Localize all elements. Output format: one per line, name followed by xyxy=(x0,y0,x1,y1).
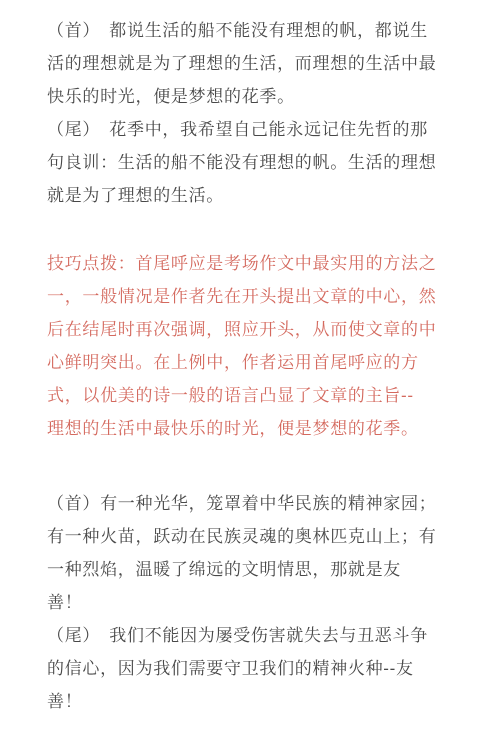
article-body: （首） 都说生活的船不能没有理想的帆，都说生 活的理想就是为了理想的生活，而理想… xyxy=(0,0,500,733)
paragraph-example1-head: （首） 都说生活的船不能没有理想的帆，都说生 活的理想就是为了理想的生活，而理想… xyxy=(47,14,456,113)
paragraph-example2-head: （首）有一种光华，笼罩着中华民族的精神家园； 有一种火苗，跃动在民族灵魂的奥林匹… xyxy=(47,487,456,619)
paragraph-example2-tail: （尾） 我们不能因为屡受伤害就失去与丑恶斗争 的信心，因为我们需要守卫我们的精神… xyxy=(47,619,456,718)
paragraph-example1-tail: （尾） 花季中，我希望自己能永远记住先哲的那 句良训：生活的船不能没有理想的帆。… xyxy=(47,113,456,212)
paragraph-technique-tip: 技巧点拨：首尾呼应是考场作文中最实用的方法之 一，一般情况是作者先在开头提出文章… xyxy=(47,247,456,445)
